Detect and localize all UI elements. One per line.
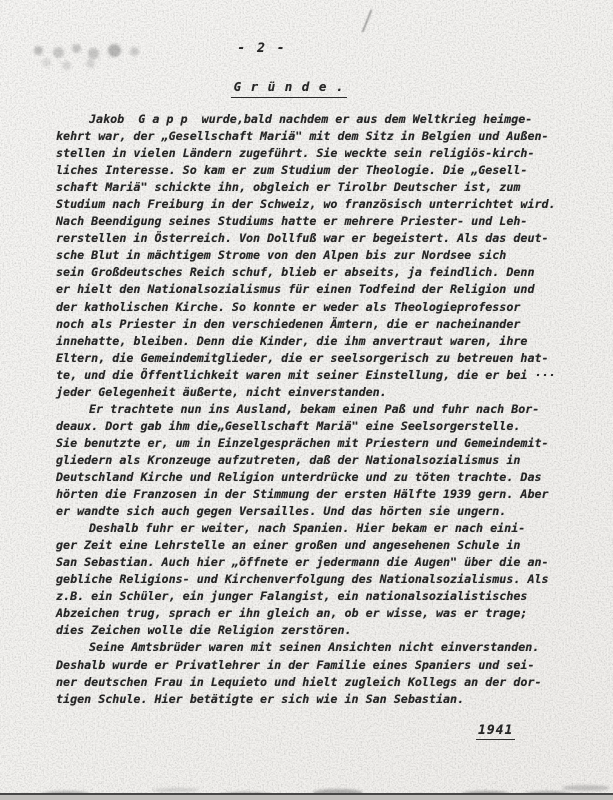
scanned-document-page: - 2 - G r ü n d e . Jakob G a p p wurde,… [0,0,613,800]
page-title: G r ü n d e . [231,79,348,98]
text-line: rerstellen in Österreich. Von Dollfuß wa… [56,230,576,247]
text-line: Eltern, die Gemeindemitglieder, die er s… [56,350,576,367]
text-line: Deutschland Kirche und Religion unterdrü… [56,469,576,486]
text-line: innehatte, bleiben. Denn die Kinder, die… [56,333,576,350]
text-line: Er trachtete nun ins Ausland, bekam eine… [56,401,576,418]
text-line: ger Zeit eine Lehrstelle an einer großen… [56,537,576,554]
year-stamp: 1941 [476,723,515,740]
page-title-row: G r ü n d e . [0,76,578,98]
text-line: Jakob G a p p wurde,bald nachdem er aus … [56,111,576,128]
text-line: Nach Beendigung seines Studiums hatte er… [56,213,576,230]
stray-pen-mark [362,9,373,32]
text-line: er hielt den Nationalsozialismus für ein… [56,281,576,298]
text-line: Seine Amtsbrüder waren mit seinen Ansich… [56,639,576,656]
text-line: sein Großdeutsches Reich schuf, blieb er… [56,264,576,281]
text-line: kehrt war, der „Gesellschaft Mariä" mit … [56,128,576,145]
text-line: stellen in vielen Ländern zugeführt. Sie… [56,145,576,162]
text-line: tigen Schule. Hier betätigte er sich wie… [56,691,576,708]
document-body: Jakob G a p p wurde,bald nachdem er aus … [56,111,576,708]
text-line: schaft Mariä" schickte ihn, obgleich er … [56,179,576,196]
text-line: deaux. Dort gab ihm die„Gesellschaft Mar… [56,418,576,435]
text-line: Deshalb fuhr er weiter, nach Spanien. Hi… [56,520,576,537]
text-line: z.B. ein Schüler, ein junger Falangist, … [56,588,576,605]
text-line: Sie benutzte er, um in Einzelgesprächen … [56,435,576,452]
text-line: te, und die Öffentlichkeit waren mit sei… [56,367,576,384]
text-line: der katholischen Kirche. So konnte er we… [56,299,576,316]
text-line: ner deutschen Frau in Lequieto und hielt… [56,674,576,691]
text-line: Deshalb wurde er Privatlehrer in der Fam… [56,657,576,674]
text-line: Abzeichen trug, sprach er ihn gleich an,… [56,605,576,622]
page-number: - 2 - [0,41,524,56]
text-line: sche Blut in mächtigem Strome von den Al… [56,247,576,264]
text-line: liches Interesse. So kam er zum Studium … [56,162,576,179]
text-line: er wandte sich auch gegen Versailles. Un… [56,503,576,520]
text-line: hörten die Franzosen in der Stimmung der… [56,486,576,503]
text-line: jeder Gelegenheit äußerte, nicht einvers… [56,384,576,401]
text-line: noch als Priester in den verschiedenen Ä… [56,316,576,333]
text-line: gebliche Religions- und Kirchenverfolgun… [56,571,576,588]
text-line: dies Zeichen wolle die Religion zerstöre… [56,622,576,639]
text-line: San Sebastian. Auch hier „öffnete er jed… [56,554,576,571]
scan-edge-band [0,795,613,800]
text-line: Studium nach Freiburg in der Schweiz, wo… [56,196,576,213]
text-line: gliedern als Kronzeuge aufzutreten, daß … [56,452,576,469]
